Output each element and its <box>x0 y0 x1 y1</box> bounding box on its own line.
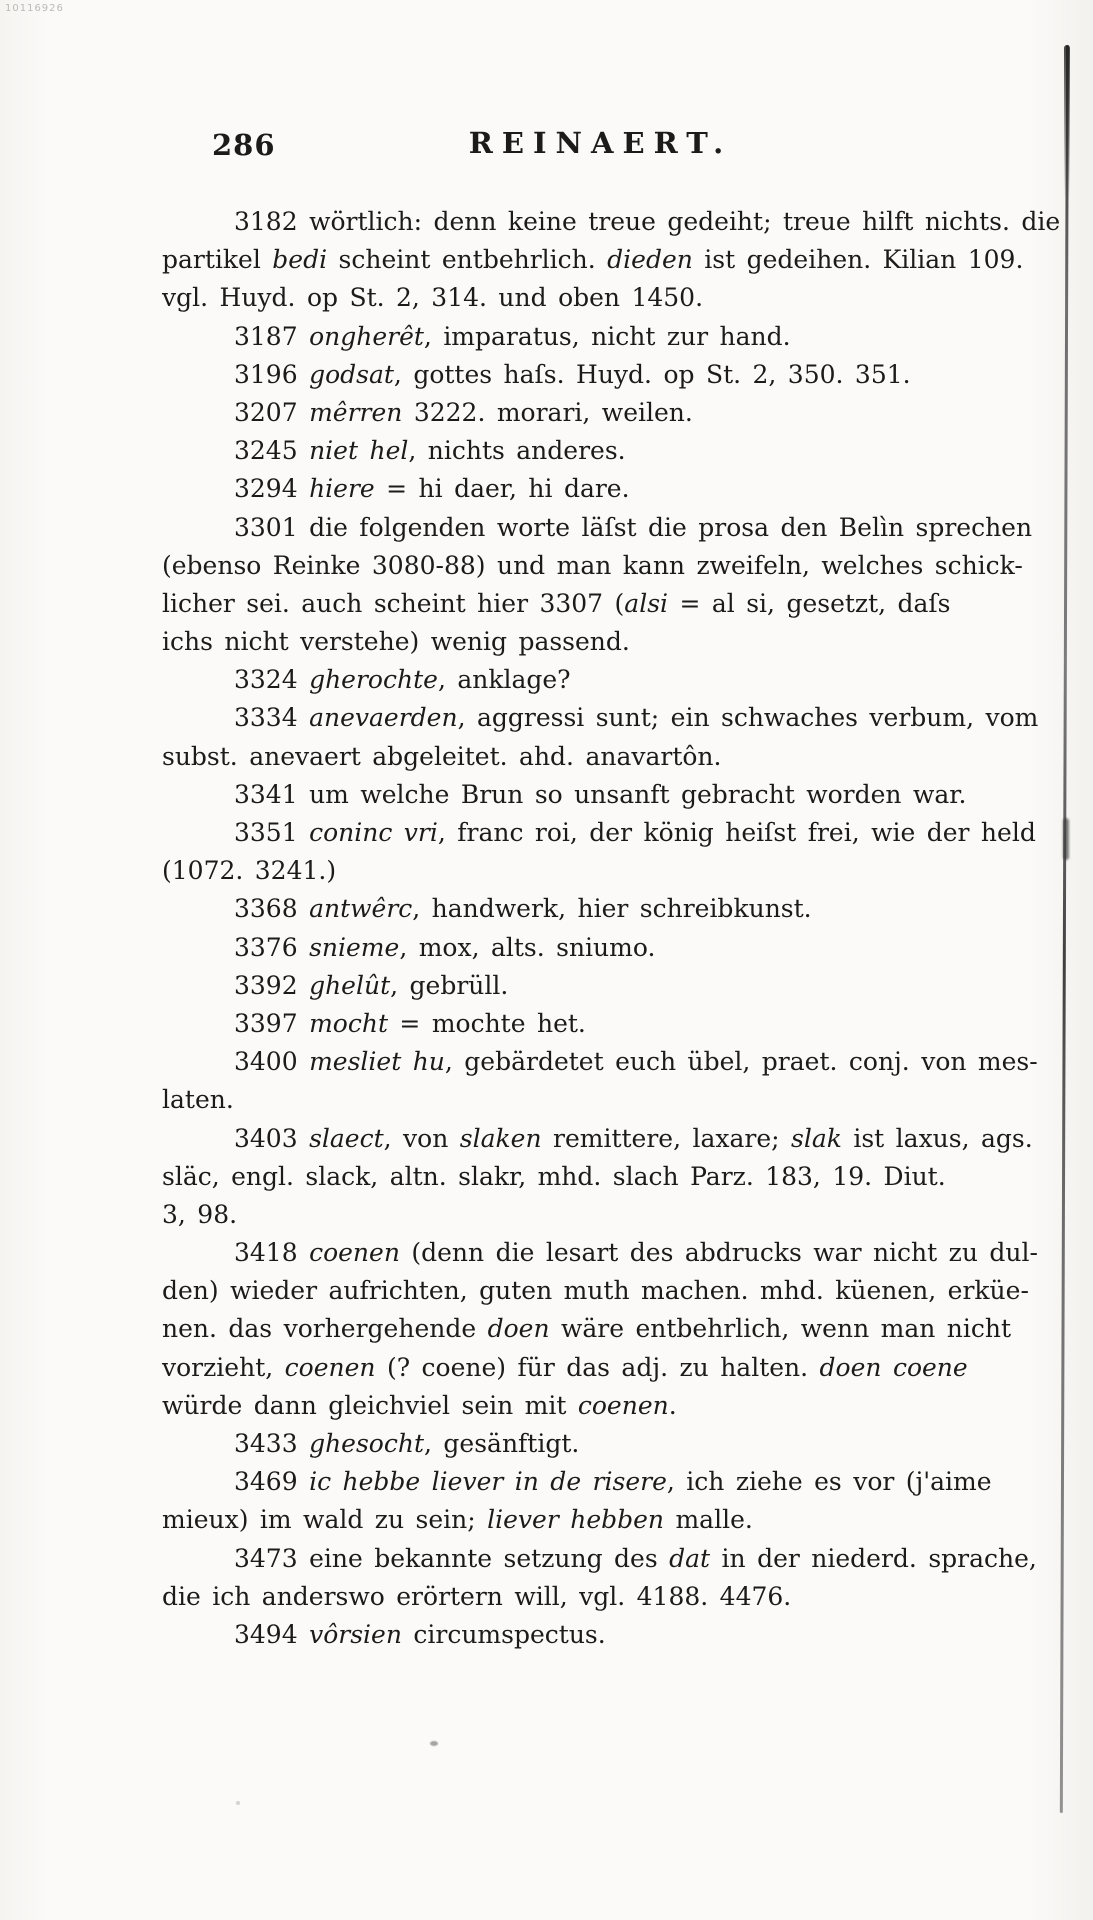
text-segment: 3324 <box>234 665 309 694</box>
lemma-italic: vôrsien <box>309 1620 402 1649</box>
text-line: licher sei. auch scheint hier 3307 (alsi… <box>162 585 1032 623</box>
text-segment: 3397 <box>234 1009 309 1038</box>
text-line: 3469 ic hebbe liever in de risere, ich z… <box>162 1463 1032 1501</box>
lemma-italic: doen coene <box>820 1353 968 1382</box>
text-segment: , imparatus, nicht zur hand. <box>424 322 791 351</box>
page-number: 286 <box>212 128 276 162</box>
text-segment: 3351 <box>234 818 309 847</box>
text-line: subst. anevaert abgeleitet. ahd. anavart… <box>162 738 1032 776</box>
text-line: ichs nicht verstehe) wenig passend. <box>162 623 1032 661</box>
text-line: 3400 mesliet hu, gebärdetet euch übel, p… <box>162 1043 1032 1081</box>
lemma-italic: mocht <box>309 1009 388 1038</box>
text-line: 3245 niet hel, nichts anderes. <box>162 432 1032 470</box>
text-segment: (ebenso Reinke 3080-88) und man kann zwe… <box>162 551 1023 580</box>
text-line: 3397 mocht = mochte het. <box>162 1005 1032 1043</box>
text-line: 3, 98. <box>162 1196 1032 1234</box>
lemma-italic: liever hebben <box>487 1505 664 1534</box>
lemma-italic: dat <box>669 1544 710 1573</box>
text-line: würde dann gleichviel sein mit coenen. <box>162 1387 1032 1425</box>
text-segment: . <box>669 1391 677 1420</box>
text-line: partikel bedi scheint entbehrlich. diede… <box>162 241 1032 279</box>
text-line: 3392 ghelût, gebrüll. <box>162 967 1032 1005</box>
text-line: 3473 eine bekannte setzung des dat in de… <box>162 1540 1032 1578</box>
lemma-italic: hiere <box>309 474 375 503</box>
lemma-italic: ongherêt <box>309 322 424 351</box>
text-segment: 3473 eine bekannte setzung des <box>234 1544 669 1573</box>
text-segment: 3341 um welche Brun so unsanft gebracht … <box>234 780 966 809</box>
lemma-italic: snieme <box>309 933 399 962</box>
scan-watermark-number: 10116926 <box>5 3 64 14</box>
text-line: 3324 gherochte, anklage? <box>162 661 1032 699</box>
scan-book-edge-blob <box>1063 818 1069 860</box>
text-line: 3334 anevaerden, aggressi sunt; ein schw… <box>162 699 1032 737</box>
text-line: nen. das vorhergehende doen wäre entbehr… <box>162 1310 1032 1348</box>
text-segment: , gebrüll. <box>390 971 508 1000</box>
text-segment: in der niederd. sprache, <box>710 1544 1037 1573</box>
text-segment: 3245 <box>234 436 309 465</box>
text-segment: , ich ziehe es vor (j'aime <box>667 1467 992 1496</box>
text-line: 3196 godsat, gottes haſs. Huyd. op St. 2… <box>162 356 1032 394</box>
text-segment: , von <box>384 1124 460 1153</box>
text-segment: 3392 <box>234 971 309 1000</box>
text-segment: ist gedeihen. Kilian 109. <box>693 245 1024 274</box>
lemma-italic: slaken <box>460 1124 542 1153</box>
text-segment: , aggressi sunt; ein schwaches verbum, v… <box>458 703 1039 732</box>
lemma-italic: mesliet hu <box>309 1047 445 1076</box>
text-line: 3341 um welche Brun so unsanft gebracht … <box>162 776 1032 814</box>
text-line: 3418 coenen (denn die lesart des abdruck… <box>162 1234 1032 1272</box>
lemma-italic: mêrren <box>309 398 402 427</box>
text-line: (1072. 3241.) <box>162 852 1032 890</box>
lemma-italic: coenen <box>309 1238 400 1267</box>
text-segment: 3187 <box>234 322 309 351</box>
text-segment: laten. <box>162 1085 234 1114</box>
text-segment: 3294 <box>234 474 309 503</box>
page-header: 286 REINAERT. <box>162 126 1030 170</box>
text-segment: würde dann gleichviel sein mit <box>162 1391 578 1420</box>
lemma-italic: slaect <box>309 1124 384 1153</box>
text-segment: släc, engl. slack, altn. slakr, mhd. sla… <box>162 1162 946 1191</box>
text-segment: circumspectus. <box>402 1620 606 1649</box>
text-segment: = al si, gesetzt, daſs <box>668 589 950 618</box>
text-segment: = mochte het. <box>388 1009 586 1038</box>
text-segment: partikel <box>162 245 272 274</box>
text-segment: 3182 wörtlich: denn keine treue gedeiht;… <box>234 207 1060 236</box>
scan-speck <box>236 1801 240 1805</box>
text-line: 3351 coninc vri, franc roi, der könig he… <box>162 814 1032 852</box>
text-segment: (? coene) für das adj. zu halten. <box>376 1353 820 1382</box>
lemma-italic: anevaerden <box>309 703 457 732</box>
text-line: 3207 mêrren 3222. morari, weilen. <box>162 394 1032 432</box>
text-segment: 3418 <box>234 1238 309 1267</box>
text-segment: 3207 <box>234 398 309 427</box>
text-line: 3433 ghesocht, gesänftigt. <box>162 1425 1032 1463</box>
text-segment: nen. das vorhergehende <box>162 1314 488 1343</box>
text-segment: wäre entbehrlich, wenn man nicht <box>550 1314 1011 1343</box>
lemma-italic: doen <box>488 1314 550 1343</box>
text-line: vgl. Huyd. op St. 2, 314. und oben 1450. <box>162 279 1032 317</box>
text-line: släc, engl. slack, altn. slakr, mhd. sla… <box>162 1158 1032 1196</box>
lemma-italic: ghelût <box>309 971 390 1000</box>
text-segment: remittere, laxare; <box>542 1124 791 1153</box>
text-segment: 3433 <box>234 1429 309 1458</box>
text-segment: vgl. Huyd. op St. 2, 314. und oben 1450. <box>162 283 703 312</box>
page-title: REINAERT. <box>162 126 1030 160</box>
text-segment: scheint entbehrlich. <box>327 245 607 274</box>
lemma-italic: coenen <box>578 1391 669 1420</box>
text-segment: vorzieht, <box>162 1353 285 1382</box>
text-segment: 3222. morari, weilen. <box>402 398 692 427</box>
text-segment: subst. anevaert abgeleitet. ahd. anavart… <box>162 742 721 771</box>
text-segment: 3301 die folgenden worte läſst die prosa… <box>234 513 1032 542</box>
text-segment: (1072. 3241.) <box>162 856 336 885</box>
text-segment: , gesänftigt. <box>424 1429 579 1458</box>
text-line: 3403 slaect, von slaken remittere, laxar… <box>162 1120 1032 1158</box>
lemma-italic: gherochte <box>309 665 438 694</box>
text-segment: , anklage? <box>438 665 571 694</box>
text-segment: 3400 <box>234 1047 309 1076</box>
text-segment: mieux) im wald zu sein; <box>162 1505 487 1534</box>
text-segment: = hi daer, hi dare. <box>375 474 630 503</box>
text-line: die ich anderswo erörtern will, vgl. 418… <box>162 1578 1032 1616</box>
text-segment: licher sei. auch scheint hier 3307 ( <box>162 589 624 618</box>
text-segment: 3403 <box>234 1124 309 1153</box>
text-line: 3376 snieme, mox, alts. sniumo. <box>162 929 1032 967</box>
scanned-book-page: { "meta": { "watermark": "10116926" }, "… <box>0 0 1093 1920</box>
lemma-italic: coninc vri <box>309 818 438 847</box>
text-segment: 3368 <box>234 894 309 923</box>
text-segment: , mox, alts. sniumo. <box>399 933 655 962</box>
text-segment: , franc roi, der könig heiſst frei, wie … <box>438 818 1036 847</box>
text-segment: ist laxus, ags. <box>842 1124 1033 1153</box>
text-line: 3182 wörtlich: denn keine treue gedeiht;… <box>162 203 1032 241</box>
text-line: laten. <box>162 1081 1032 1119</box>
text-segment: 3469 <box>234 1467 309 1496</box>
text-segment: 3, 98. <box>162 1200 237 1229</box>
text-line: (ebenso Reinke 3080-88) und man kann zwe… <box>162 547 1032 585</box>
text-line: vorzieht, coenen (? coene) für das adj. … <box>162 1349 1032 1387</box>
text-segment: ichs nicht verstehe) wenig passend. <box>162 627 630 656</box>
lemma-italic: slak <box>791 1124 842 1153</box>
lemma-italic: ghesocht <box>309 1429 424 1458</box>
lemma-italic: coenen <box>285 1353 376 1382</box>
page-body: 3182 wörtlich: denn keine treue gedeiht;… <box>162 203 1032 1654</box>
lemma-italic: bedi <box>272 245 327 274</box>
text-line: 3187 ongherêt, imparatus, nicht zur hand… <box>162 318 1032 356</box>
text-line: den) wieder aufrichten, guten muth mache… <box>162 1272 1032 1310</box>
scan-speck <box>430 1741 438 1746</box>
text-line: mieux) im wald zu sein; liever hebben ma… <box>162 1501 1032 1539</box>
scan-book-edge-line-top <box>1064 45 1070 200</box>
lemma-italic: niet hel <box>309 436 408 465</box>
text-line: 3494 vôrsien circumspectus. <box>162 1616 1032 1654</box>
text-segment: 3196 <box>234 360 309 389</box>
text-segment: , gebärdetet euch übel, praet. conj. von… <box>445 1047 1038 1076</box>
lemma-italic: alsi <box>624 589 668 618</box>
text-line: 3294 hiere = hi daer, hi dare. <box>162 470 1032 508</box>
text-segment: die ich anderswo erörtern will, vgl. 418… <box>162 1582 791 1611</box>
text-line: 3368 antwêrc, handwerk, hier schreibkuns… <box>162 890 1032 928</box>
scan-book-edge-line <box>1060 45 1069 1813</box>
text-segment: (denn die lesart des abdrucks war nicht … <box>400 1238 1038 1267</box>
text-segment: , handwerk, hier schreibkunst. <box>412 894 811 923</box>
text-segment: 3494 <box>234 1620 309 1649</box>
lemma-italic: dieden <box>607 245 693 274</box>
text-segment: den) wieder aufrichten, guten muth mache… <box>162 1276 1029 1305</box>
text-segment: , gottes haſs. Huyd. op St. 2, 350. 351. <box>394 360 911 389</box>
lemma-italic: ic hebbe liever in de risere <box>309 1467 667 1496</box>
text-line: 3301 die folgenden worte läſst die prosa… <box>162 509 1032 547</box>
text-segment: malle. <box>664 1505 753 1534</box>
lemma-italic: antwêrc <box>309 894 412 923</box>
text-segment: 3376 <box>234 933 309 962</box>
text-segment: 3334 <box>234 703 309 732</box>
lemma-italic: godsat <box>309 360 394 389</box>
text-segment: , nichts anderes. <box>408 436 625 465</box>
